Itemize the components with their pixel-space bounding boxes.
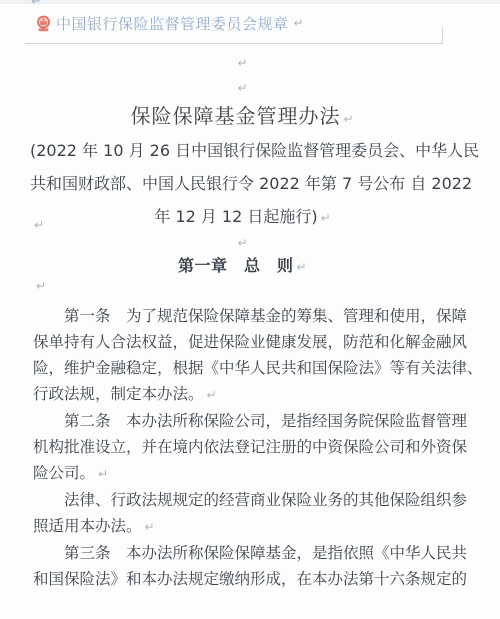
body-line: 法律、行政法规规定的经营商业保险业务的其他保险组织参 [33, 487, 453, 513]
header-divider [25, 43, 443, 44]
promulgation-line: 年 12 月 12 日起施行)↵ [30, 200, 455, 235]
promulgation-note: (2022 年 10 月 26 日中国银行保险监督管理委员会、中华人民 共和国财… [30, 134, 455, 235]
empty-paragraph: ↵ [30, 232, 455, 251]
body-line-text: 险，维护金融稳定，根据《中华人民共和国保险法》等有关法律、 [33, 359, 483, 377]
header-agency-label: 中国银行保险监督管理委员会规章 [56, 13, 289, 34]
body-line: 机构批准设立，并在境内依法登记注册的中资保险公司和外资保 [33, 434, 453, 460]
body-line-text: 机构批准设立，并在境内依法登记注册的中资保险公司和外资保 [33, 438, 467, 456]
document-page: ↵ 中国银行保险监督管理委员会规章 ↵ ↵ ↵ 保险保障基金管理办法↵ (202… [0, 0, 500, 619]
body-line-text: 行政法规，制定本办法。 [33, 385, 204, 403]
body-line-text: 照适用本办法。 [33, 517, 142, 535]
body-line-text: 险公司。 [33, 464, 95, 482]
paragraph-mark: ↵ [145, 520, 155, 534]
document-title: 保险保障基金管理办法↵ [30, 100, 455, 129]
body-line: 保单持有人合法权益，促进保险业健康发展，防范和化解金融风 [33, 329, 453, 355]
top-edge-strip [0, 0, 500, 4]
body-line-text: 第二条 本办法所称保险公司，是指经国务院保险监督管理 [64, 412, 467, 430]
document-title-text: 保险保障基金管理办法 [130, 104, 340, 128]
body-line: 和国保险法》和本办法规定缴纳形成，在本办法第十六条规定的 [33, 566, 453, 592]
body-line: 照适用本办法。↵ [33, 513, 453, 540]
paragraph-mark: ↵ [34, 218, 44, 232]
national-emblem-icon [36, 15, 51, 32]
chapter-heading-text: 第一章 总 则 [178, 256, 294, 275]
header-divider-tick [442, 27, 443, 43]
body-line: 险公司。↵ [33, 460, 453, 487]
promulgation-line: (2022 年 10 月 26 日中国银行保险监督管理委员会、中华人民 [30, 134, 455, 167]
chapter-heading: 第一章 总 则↵ [30, 253, 455, 276]
body-line: 第三条 本办法所称保险保障基金，是指依照《中华人民共 [33, 540, 453, 566]
body-line-text: 第一条 为了规范保险保障基金的筹集、管理和使用，保障 [64, 307, 467, 325]
body-line-text: 第三条 本办法所称保险保障基金，是指依照《中华人民共 [64, 544, 467, 562]
paragraph-mark: ↵ [296, 260, 307, 274]
paragraph-mark: ↵ [31, 0, 42, 9]
paragraph-mark: ↵ [321, 211, 331, 225]
body-line: 第一条 为了规范保险保障基金的筹集、管理和使用，保障 [33, 303, 453, 329]
promulgation-line: 共和国财政部、中国人民银行令 2022 年第 7 号公布 自 2022 [30, 167, 455, 200]
body-line-text: 法律、行政法规规定的经营商业保险业务的其他保险组织参 [64, 491, 467, 509]
empty-paragraph: ↵ [30, 52, 455, 71]
body-line: 第二条 本办法所称保险公司，是指经国务院保险监督管理 [33, 408, 453, 434]
body-line-text: 保单持有人合法权益，促进保险业健康发展，防范和化解金融风 [33, 333, 467, 351]
empty-paragraph: ↵ [30, 77, 455, 96]
paragraph-mark: ↵ [98, 467, 108, 481]
paragraph-mark: ↵ [237, 56, 247, 70]
paragraph-mark: ↵ [36, 279, 46, 293]
document-header: 中国银行保险监督管理委员会规章 ↵ [36, 12, 304, 34]
paragraph-mark: ↵ [237, 81, 247, 95]
document-body: 第一条 为了规范保险保障基金的筹集、管理和使用，保障 保单持有人合法权益，促进保… [33, 303, 453, 592]
paragraph-mark: ↵ [343, 112, 354, 126]
body-line-text: 和国保险法》和本办法规定缴纳形成，在本办法第十六条规定的 [33, 570, 467, 588]
promulgation-line-text: 共和国财政部、中国人民银行令 2022 年第 7 号公布 自 2022 [30, 174, 472, 193]
body-line: 行政法规，制定本办法。↵ [33, 381, 453, 408]
promulgation-line-text: 年 12 月 12 日起施行) [154, 207, 317, 226]
paragraph-mark: ↵ [237, 236, 247, 250]
paragraph-mark: ↵ [294, 16, 304, 30]
paragraph-mark: ↵ [207, 388, 217, 402]
body-line: 险，维护金融稳定，根据《中华人民共和国保险法》等有关法律、 [33, 355, 453, 381]
promulgation-line-text: (2022 年 10 月 26 日中国银行保险监督管理委员会、中华人民 [30, 141, 479, 160]
